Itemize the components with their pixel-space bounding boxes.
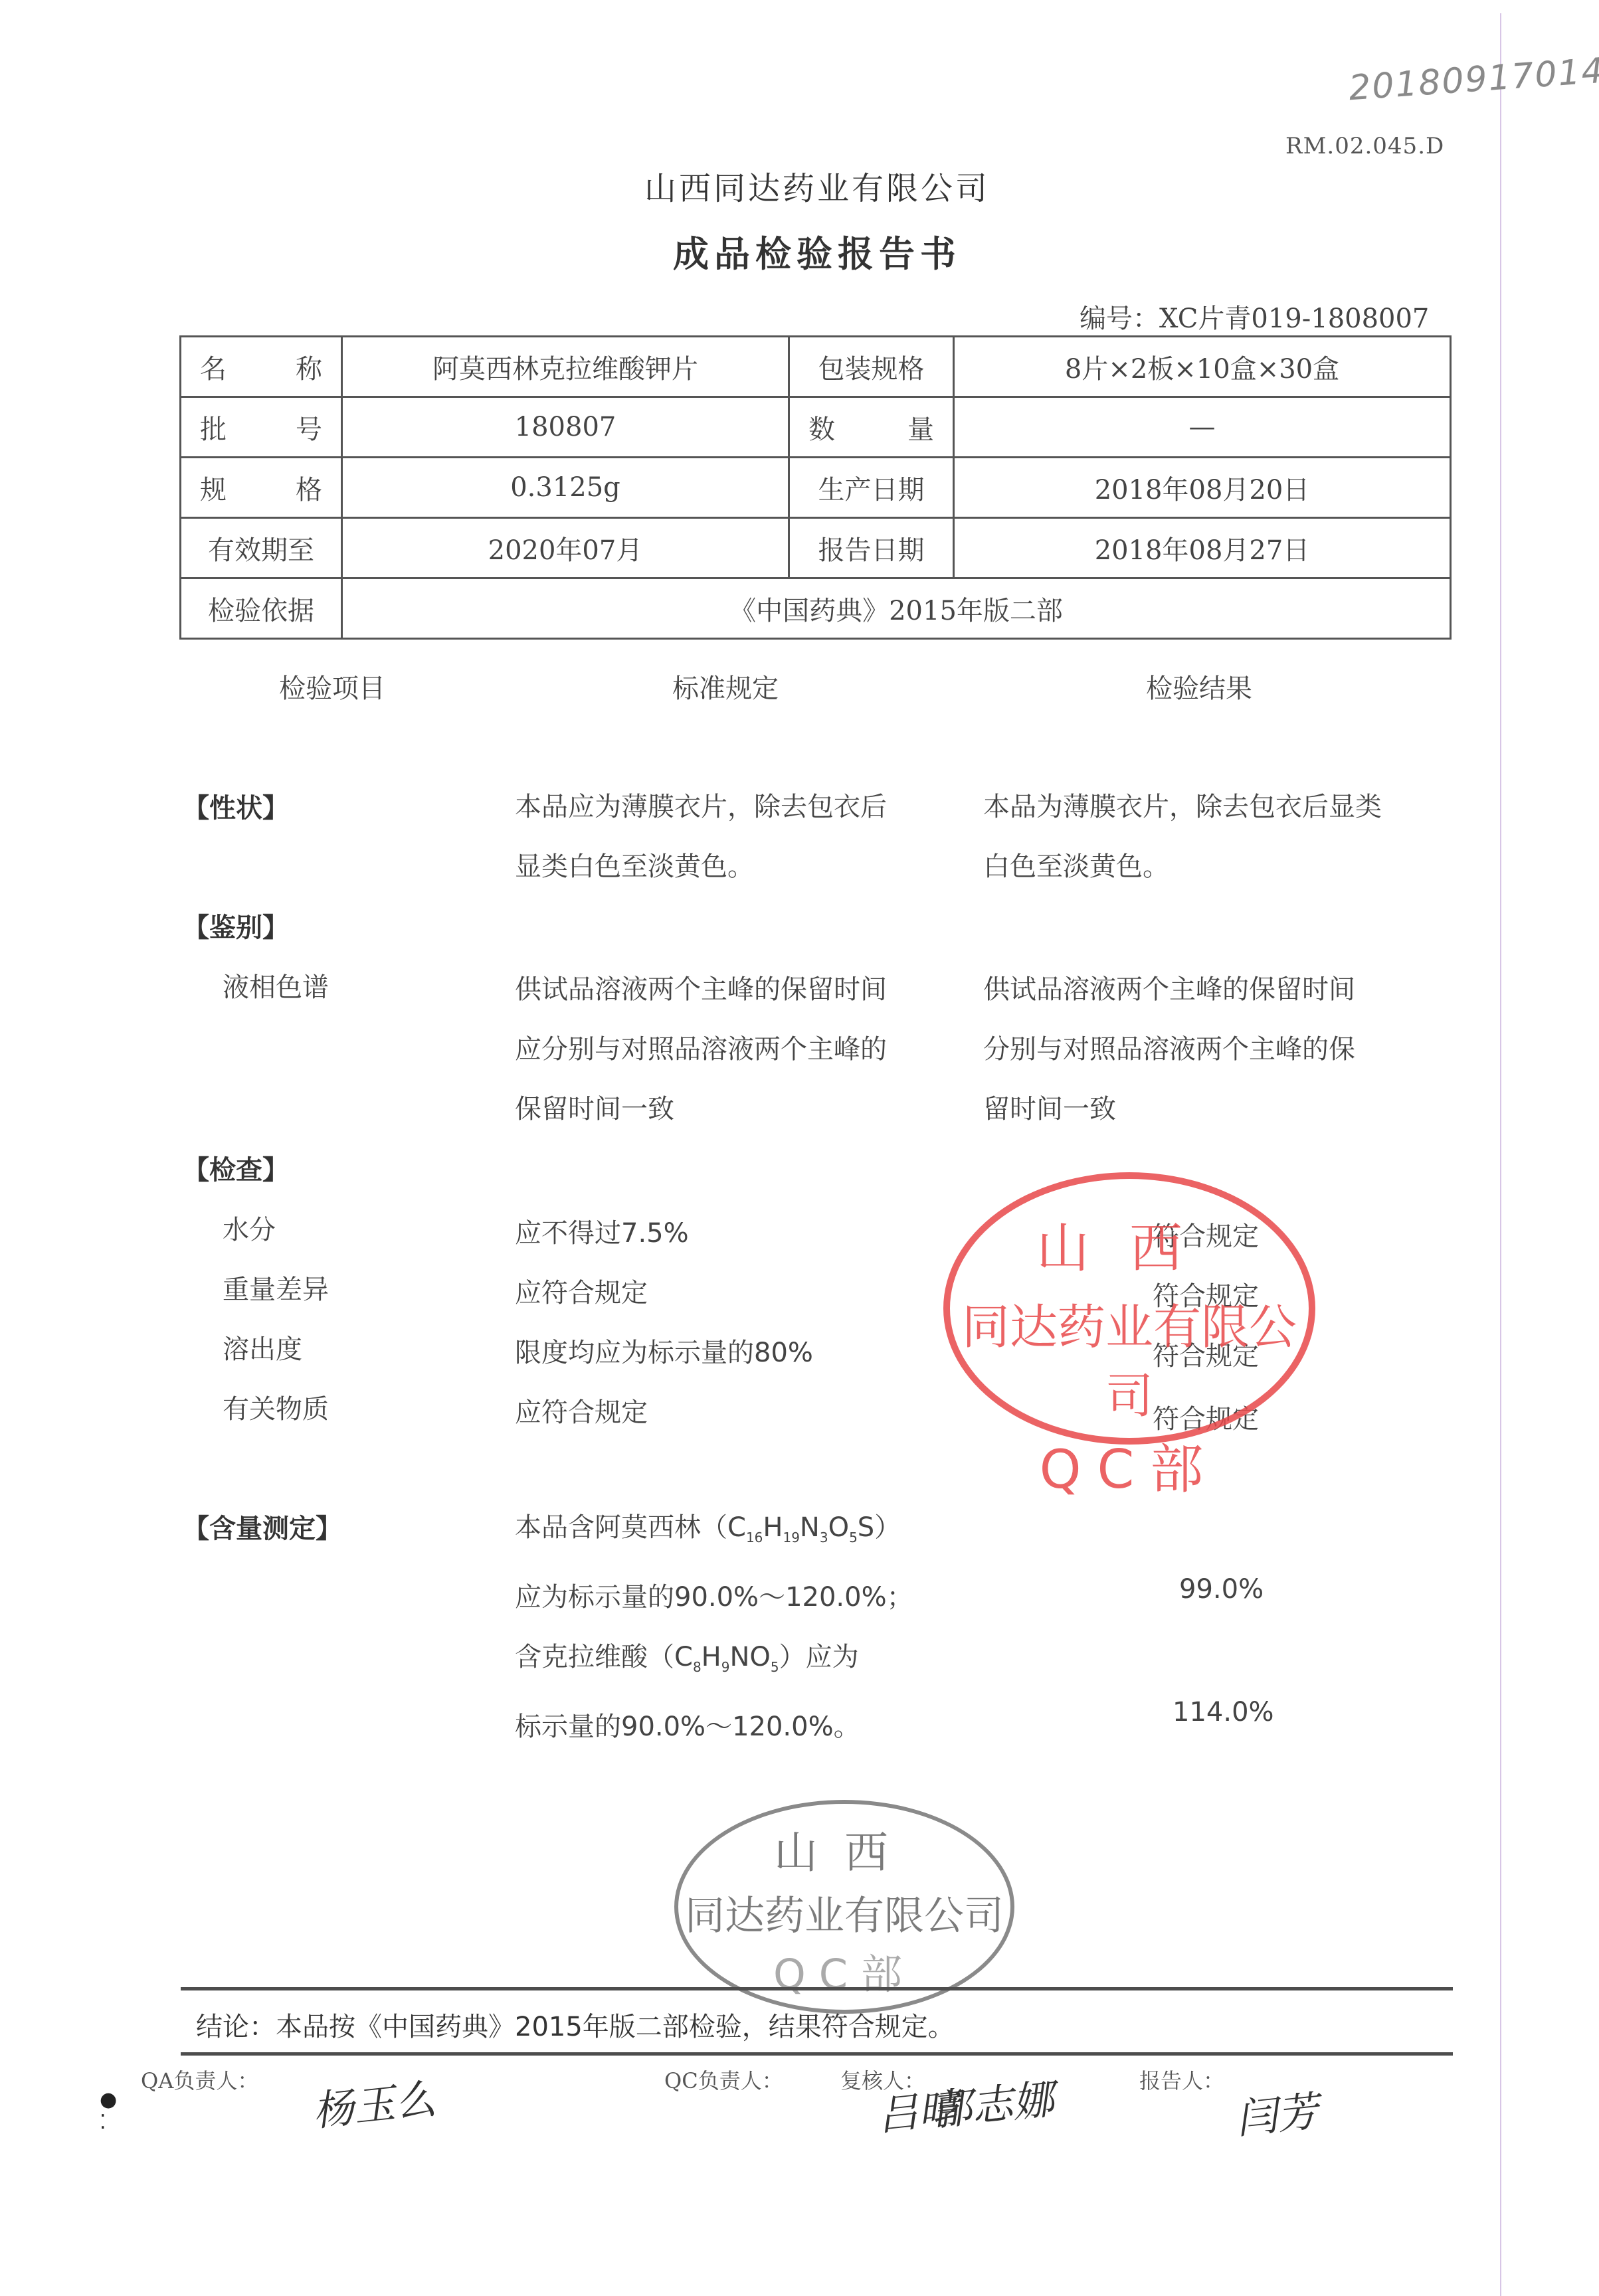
assay-amoxicillin-formula-line: 本品含阿莫西林（C16H19N3O5S） — [515, 1498, 967, 1567]
appearance-result: 本品为薄膜衣片，除去包衣后显类 白色至淡黄色。 — [983, 777, 1448, 897]
inspection-item-name: 重量差异 — [223, 1269, 329, 1306]
inspection-item-name: 溶出度 — [223, 1328, 302, 1366]
conclusion-text: 结论：本品按《中国药典》2015年版二部检验，结果符合规定。 — [196, 2006, 955, 2044]
package-label: 包装规格 — [789, 337, 954, 397]
company-name: 山西同达药业有限公司 — [0, 163, 1599, 209]
report-date-label: 报告日期 — [789, 518, 954, 578]
basis-label: 检验依据 — [181, 578, 342, 639]
section-assay-title: 【含量测定】 — [183, 1508, 342, 1545]
scan-dots: ●⁚ — [100, 2089, 117, 2134]
assay-result-clavulanic: 114.0% — [1173, 1697, 1274, 1727]
inspection-item-standard: 限度均应为标示量的80% — [515, 1332, 813, 1369]
qc-department-seal-gray: 山西 同达药业有限公司 QC部 — [674, 1800, 1014, 2014]
page-margin-line — [1500, 13, 1501, 2296]
info-row-name: 名称 阿莫西林克拉维酸钾片 包装规格 8片×2板×10盒×30盒 — [181, 337, 1451, 397]
section-inspection-title: 【检查】 — [183, 1149, 289, 1187]
expiry-value: 2020年07月 — [342, 518, 789, 578]
info-row-basis: 检验依据 《中国药典》2015年版二部 — [181, 578, 1451, 639]
serial-number: 编号：XC片青019-1808007 — [1080, 298, 1429, 335]
name-label: 名称 — [181, 337, 342, 397]
serial-value: XC片青019-1808007 — [1159, 304, 1429, 334]
info-row-spec: 规格 0.3125g 生产日期 2018年08月20日 — [181, 458, 1451, 518]
signature-top-rule — [181, 2052, 1453, 2056]
production-date-label: 生产日期 — [789, 458, 954, 518]
document-title: 成品检验报告书 — [0, 226, 1599, 277]
handwritten-archive-number: 20180917014 — [1347, 51, 1599, 109]
column-header-result: 检验结果 — [1146, 667, 1252, 705]
production-date-value: 2018年08月20日 — [954, 458, 1451, 518]
section-identification-title: 【鉴别】 — [183, 907, 289, 944]
name-value: 阿莫西林克拉维酸钾片 — [342, 337, 789, 397]
assay-standard: 本品含阿莫西林（C16H19N3O5S） 应为标示量的90.0%～120.0%；… — [515, 1498, 967, 1757]
reporter-signature: 闫芳 — [1233, 2078, 1321, 2145]
appearance-standard: 本品应为薄膜衣片，除去包衣后 显类白色至淡黄色。 — [515, 777, 967, 897]
section-appearance-title: 【性状】 — [183, 787, 289, 825]
identification-result: 供试品溶液两个主峰的保留时间 分别与对照品溶液两个主峰的保 留时间一致 — [983, 960, 1448, 1139]
package-value: 8片×2板×10盒×30盒 — [954, 337, 1451, 397]
batch-label: 批号 — [181, 397, 342, 458]
assay-clavulanic-formula-line: 含克拉维酸（C8H9NO5）应为 — [515, 1627, 967, 1697]
qa-signature: 杨玉么 — [310, 2066, 438, 2138]
qa-label: QA负责人： — [141, 2064, 258, 2095]
quantity-label: 数量 — [789, 397, 954, 458]
inspection-item-name: 水分 — [223, 1209, 276, 1247]
info-row-expiry: 有效期至 2020年07月 报告日期 2018年08月27日 — [181, 518, 1451, 578]
product-info-table: 名称 阿莫西林克拉维酸钾片 包装规格 8片×2板×10盒×30盒 批号 1808… — [179, 335, 1452, 640]
conclusion-top-rule — [181, 1987, 1453, 1990]
assay-result-amoxicillin: 99.0% — [1179, 1574, 1264, 1605]
report-date-value: 2018年08月27日 — [954, 518, 1451, 578]
basis-value: 《中国药典》2015年版二部 — [342, 578, 1451, 639]
column-header-standard: 标准规定 — [672, 667, 779, 705]
form-code: RM.02.045.D — [1285, 133, 1444, 159]
inspection-item-standard: 应符合规定 — [515, 1391, 648, 1429]
reviewer-label: 复核人： — [840, 2064, 925, 2095]
info-row-batch: 批号 180807 数量 — — [181, 397, 1451, 458]
qc-department-seal-red: 山西 同达药业有限公司 QC部 — [943, 1172, 1315, 1445]
reviewer-signature: 郭志娜 — [927, 2066, 1056, 2138]
quantity-value: — — [954, 397, 1451, 458]
identification-item: 液相色谱 — [223, 966, 329, 1004]
batch-value: 180807 — [342, 397, 789, 458]
spec-label: 规格 — [181, 458, 342, 518]
qc-label: QC负责人： — [664, 2064, 783, 2095]
serial-label: 编号： — [1080, 304, 1159, 334]
identification-standard: 供试品溶液两个主峰的保留时间 应分别与对照品溶液两个主峰的 保留时间一致 — [515, 960, 967, 1139]
inspection-item-standard: 应不得过7.5% — [515, 1212, 689, 1250]
expiry-label: 有效期至 — [181, 518, 342, 578]
inspection-item-standard: 应符合规定 — [515, 1272, 648, 1310]
reporter-label: 报告人： — [1139, 2064, 1224, 2095]
column-header-item: 检验项目 — [279, 667, 385, 705]
inspection-item-name: 有关物质 — [223, 1388, 329, 1426]
spec-value: 0.3125g — [342, 458, 789, 518]
